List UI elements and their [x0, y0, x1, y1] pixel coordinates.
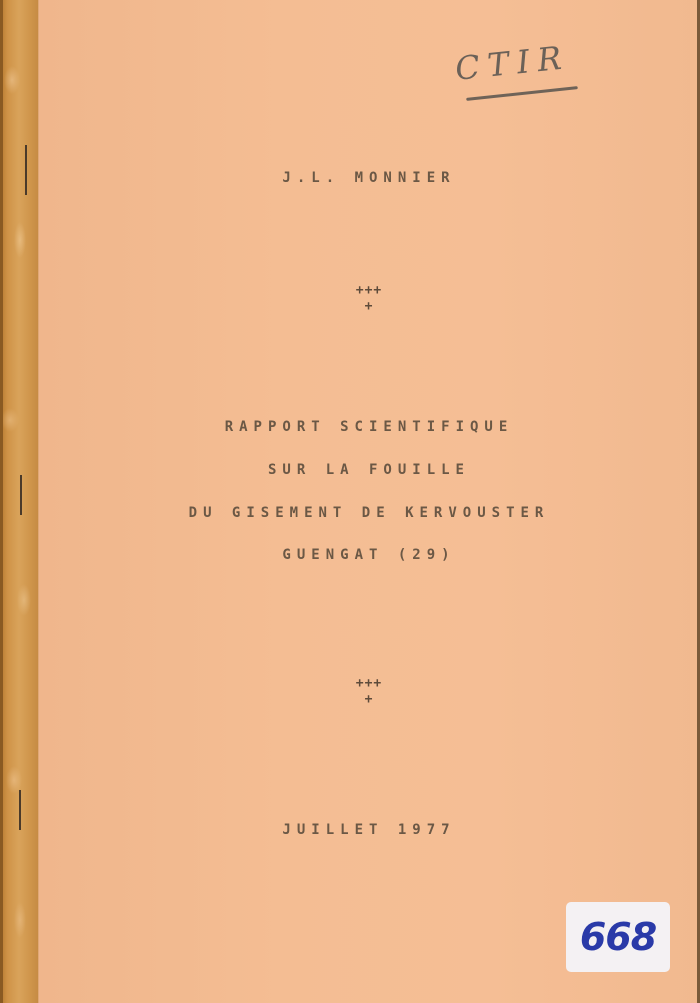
date: JUILLET 1977: [38, 822, 700, 838]
staple-top: [25, 145, 27, 195]
title-line-3: DU GISEMENT DE KERVOUSTER: [38, 505, 700, 521]
staple-middle: [20, 475, 22, 515]
title-line-2: SUR LA FOUILLE: [38, 462, 700, 478]
catalog-label: 668: [566, 902, 670, 972]
staple-bottom: [19, 790, 21, 830]
cover-page: CTIR J.L. MONNIER +++ + RAPPORT SCIENTIF…: [0, 0, 700, 1003]
ornament-row-2: +: [38, 692, 700, 708]
catalog-number: 668: [580, 915, 656, 959]
handwritten-note: CTIR: [453, 38, 571, 88]
ornament-bottom: +++ +: [38, 676, 700, 708]
binding-spine: [0, 0, 39, 1003]
ornament-row-1: +++: [38, 283, 700, 299]
spine-edge: [0, 0, 3, 1003]
ornament-row-1: +++: [38, 676, 700, 692]
title-line-4: GUENGAT (29): [38, 547, 700, 563]
handwritten-underline: [466, 86, 578, 101]
author: J.L. MONNIER: [38, 170, 700, 186]
title-line-1: RAPPORT SCIENTIFIQUE: [38, 419, 700, 435]
ornament-top: +++ +: [38, 283, 700, 315]
ornament-row-2: +: [38, 299, 700, 315]
